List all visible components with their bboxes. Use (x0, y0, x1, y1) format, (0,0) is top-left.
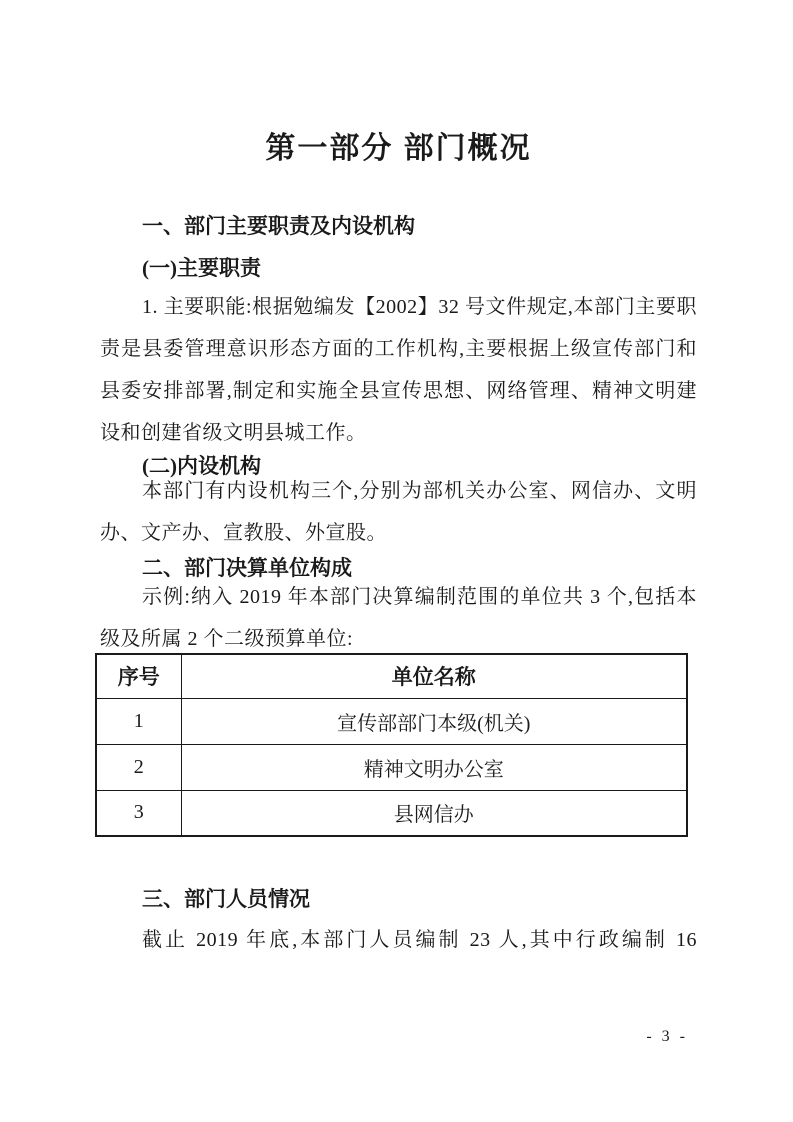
budget-units-table: 序号 单位名称 1 宣传部部门本级(机关) 2 精神文明办公室 3 县网信办 (95, 653, 688, 837)
table-row: 3 县网信办 (96, 790, 687, 836)
document-title: 第一部分 部门概况 (100, 130, 697, 168)
paragraph-internal-structure: 本部门有内设机构三个,分别为部机关办公室、网信办、文明办、文产办、宣教股、外宣股… (100, 470, 697, 554)
budget-units-table-body: 1 宣传部部门本级(机关) 2 精神文明办公室 3 县网信办 (96, 698, 687, 836)
cell-index: 3 (96, 790, 181, 836)
col-header-unit-name: 单位名称 (181, 654, 687, 698)
section-heading-duties-and-structure: 一、部门主要职责及内设机构 (100, 212, 697, 242)
table-row: 2 精神文明办公室 (96, 744, 687, 790)
paragraph-personnel: 截止 2019 年底,本部门人员编制 23 人,其中行政编制 16 (100, 919, 697, 961)
col-header-index: 序号 (96, 654, 181, 698)
cell-index: 2 (96, 744, 181, 790)
document-content: 第一部分 部门概况 一、部门主要职责及内设机构 (一)主要职责 1. 主要职能:… (0, 130, 793, 961)
paragraph-budget-units-intro: 示例:纳入 2019 年本部门决算编制范围的单位共 3 个,包括本级及所属 2 … (100, 576, 697, 660)
document-page: 第一部分 部门概况 一、部门主要职责及内设机构 (一)主要职责 1. 主要职能:… (0, 0, 793, 1122)
subheading-main-duties: (一)主要职责 (100, 253, 697, 283)
cell-unit-name: 县网信办 (181, 790, 687, 836)
paragraph-main-duties: 1. 主要职能:根据勉编发【2002】32 号文件规定,本部门主要职责是县委管理… (100, 286, 697, 454)
section-heading-personnel: 三、部门人员情况 (100, 885, 697, 915)
cell-index: 1 (96, 698, 181, 744)
table-row: 1 宣传部部门本级(机关) (96, 698, 687, 744)
budget-units-table-head: 序号 单位名称 (96, 654, 687, 698)
cell-unit-name: 精神文明办公室 (181, 744, 687, 790)
table-header-row: 序号 单位名称 (96, 654, 687, 698)
page-number: - 3 - (646, 1028, 688, 1046)
cell-unit-name: 宣传部部门本级(机关) (181, 698, 687, 744)
